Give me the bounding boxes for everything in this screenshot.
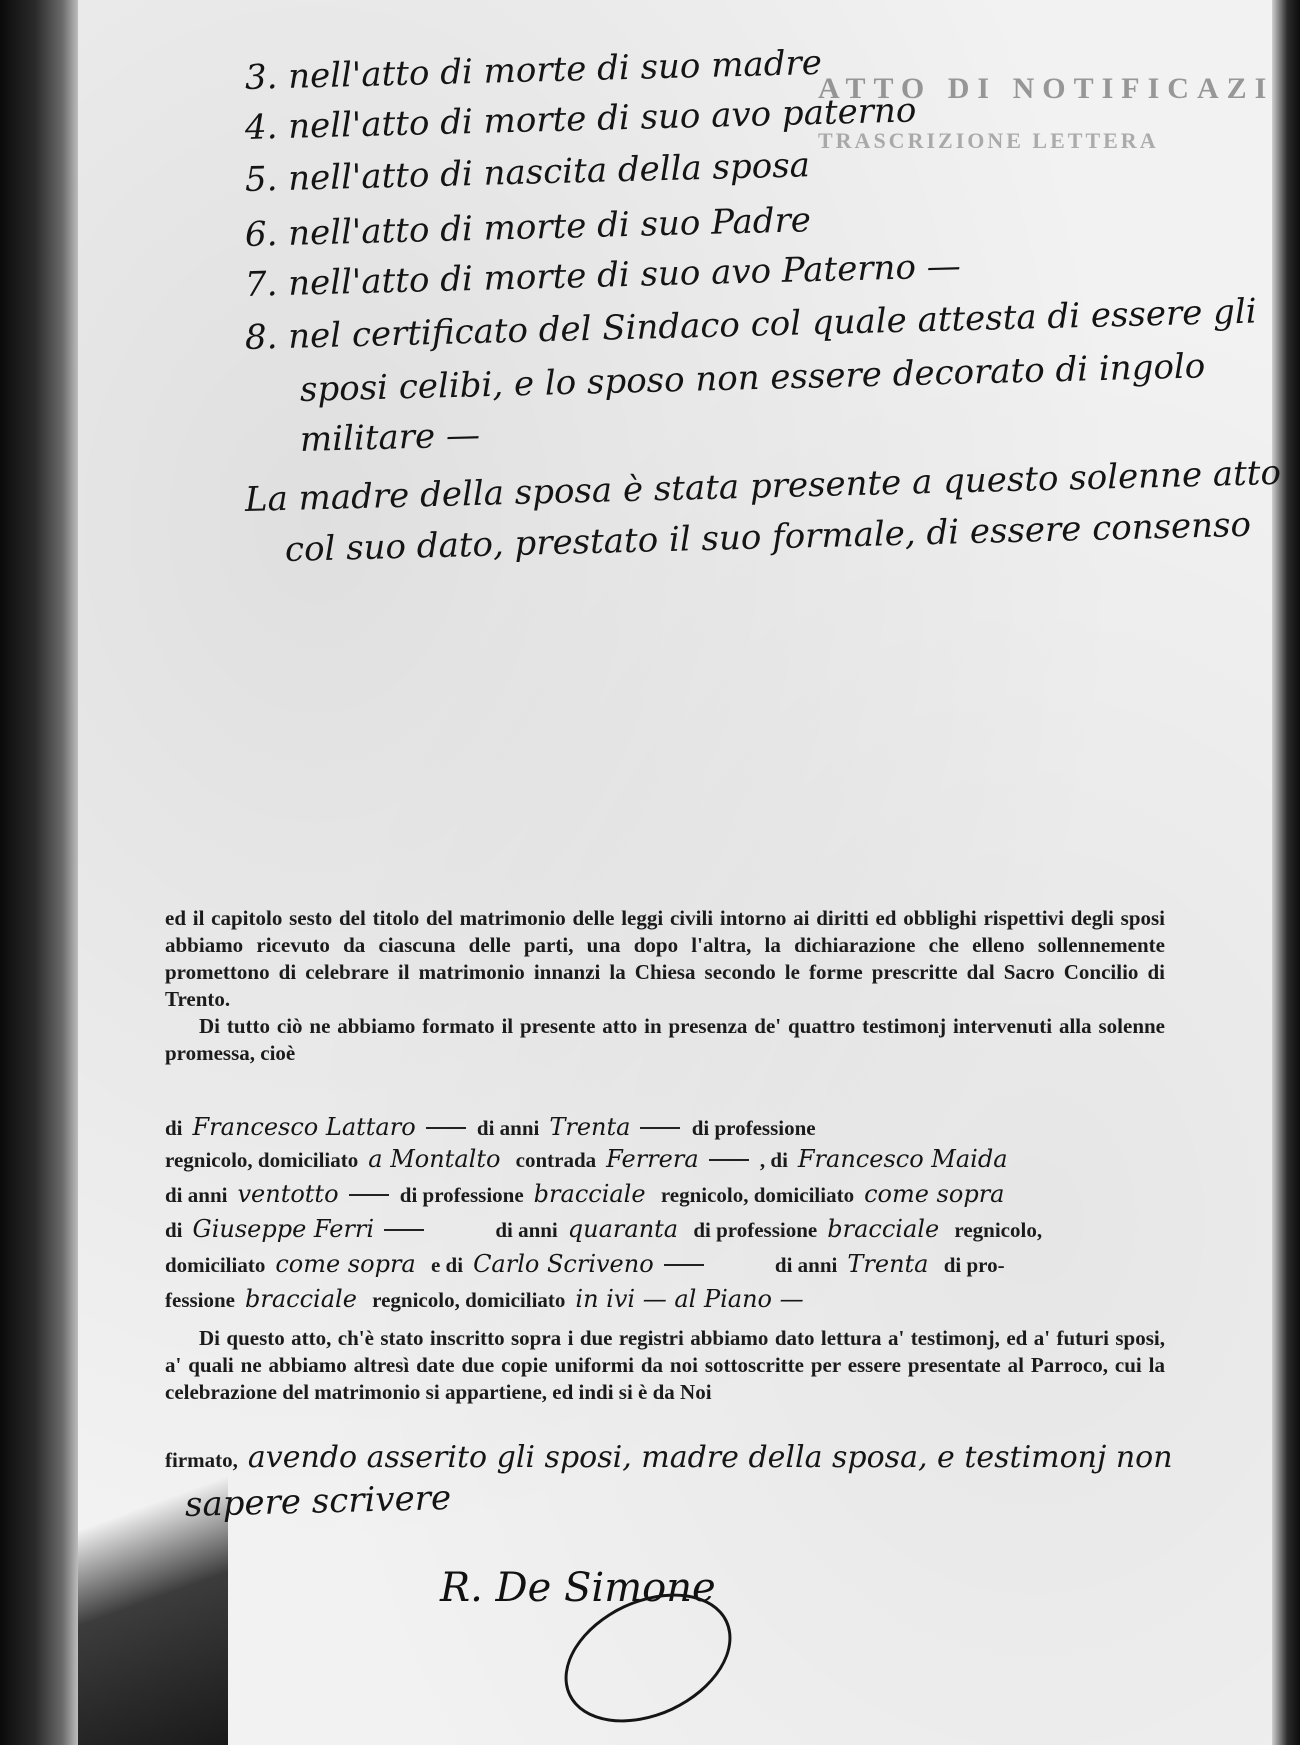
witness-1-age: Trenta <box>539 1113 640 1141</box>
witness-line-5: domiciliatocome sopra e diCarlo Scriveno… <box>165 1250 1005 1278</box>
witness-2-profession: bracciale <box>524 1180 656 1208</box>
witness-3-age: quaranta <box>558 1215 688 1243</box>
witness-line-4: diGiuseppe Ferri di anniquaranta di prof… <box>165 1215 1042 1243</box>
witness-line-1: diFrancesco Lattaro di anniTrenta di pro… <box>165 1113 816 1141</box>
book-spine-left <box>0 0 78 1745</box>
witness-line-6: fessionebracciale regnicolo, domiciliato… <box>165 1285 814 1313</box>
witness-4-age: Trenta <box>837 1250 938 1278</box>
printed-paragraph-1: ed il capitolo sesto del titolo del matr… <box>165 905 1165 1013</box>
witness-1-place: a Montalto <box>358 1145 510 1173</box>
closing-handwritten: avendo asserito gli sposi, madre della s… <box>238 1440 1183 1475</box>
witness-3-name: Giuseppe Ferri <box>183 1215 385 1243</box>
closing-line: firmato,avendo asserito gli sposi, madre… <box>165 1440 1183 1475</box>
witness-4-name: Carlo Scriveno <box>463 1250 664 1278</box>
handwritten-continuation-2: militare — <box>299 415 480 460</box>
witness-1-street: Ferrera <box>596 1145 708 1173</box>
witness-3-profession: bracciale <box>817 1215 949 1243</box>
witness-4-place: in ivi — al Piano — <box>565 1285 813 1313</box>
closing-handwritten-2: sapere scrivere <box>184 1478 451 1525</box>
printed-paragraph-2: Di tutto ciò ne abbiamo formato il prese… <box>165 1013 1165 1067</box>
witness-2-name: Francesco Maida <box>788 1145 1018 1173</box>
witness-4-profession: bracciale <box>235 1285 367 1313</box>
bleed-through-subheader: TRASCRIZIONE LETTERA <box>818 128 1159 154</box>
witness-3-place: come sopra <box>265 1250 425 1278</box>
printed-paragraph-3: Di questo atto, ch'è stato inscritto sop… <box>165 1325 1165 1406</box>
witness-2-age: ventotto <box>227 1180 348 1208</box>
witness-1-name: Francesco Lattaro <box>183 1113 426 1141</box>
witness-line-3: di anniventotto di professionebracciale … <box>165 1180 1014 1208</box>
witness-line-2: regnicolo, domiciliatoa Montalto contrad… <box>165 1145 1018 1173</box>
book-spine-right <box>1272 0 1300 1745</box>
witness-2-place: come sopra <box>854 1180 1014 1208</box>
